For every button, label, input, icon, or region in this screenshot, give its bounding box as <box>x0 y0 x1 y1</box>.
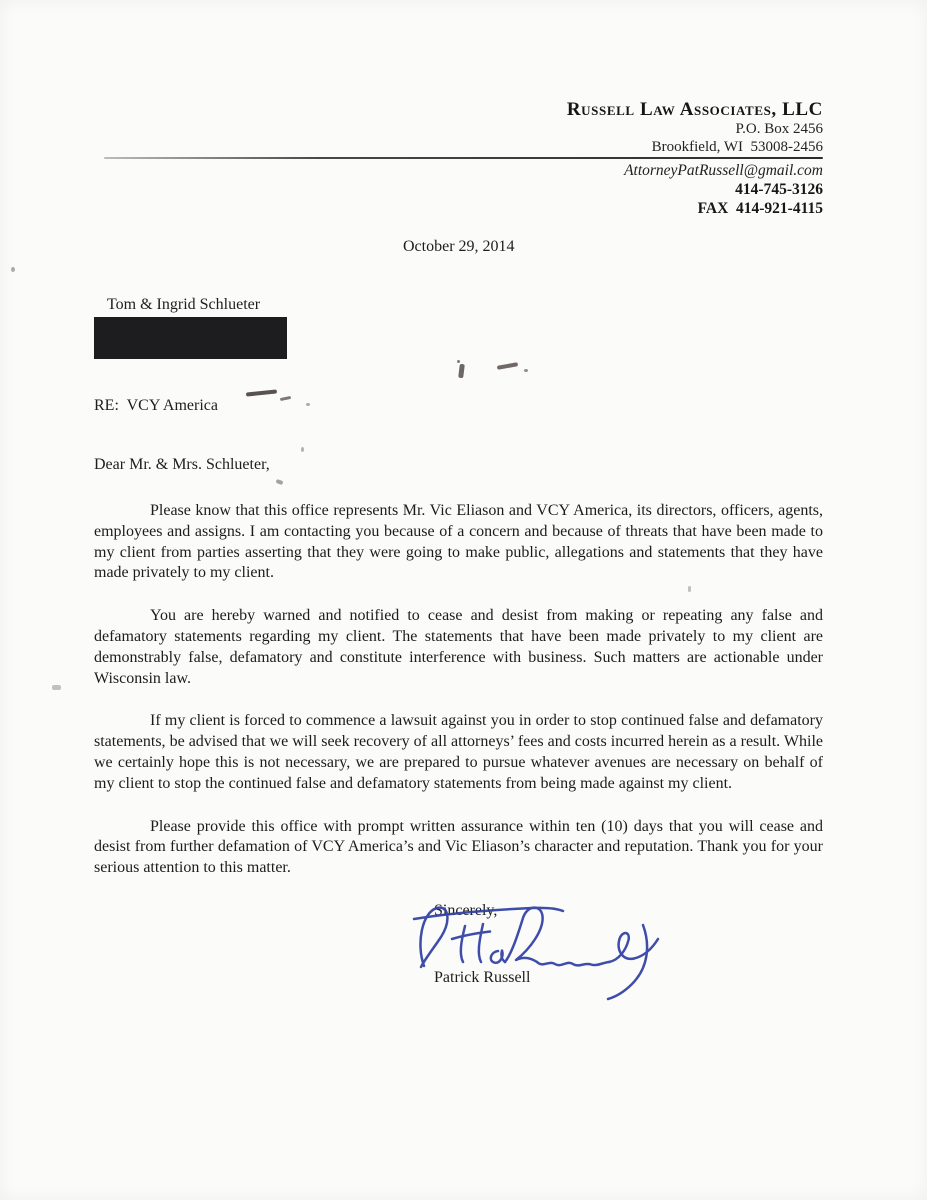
valediction: Sincerely, <box>434 901 823 920</box>
letterhead: Russell Law Associates, LLC P.O. Box 245… <box>94 100 823 218</box>
letterhead-city-state-zip: Brookfield, WI 53008-2456 <box>94 138 823 156</box>
scan-artifact <box>11 267 15 272</box>
letterhead-email: AttorneyPatRussell@gmail.com <box>94 161 823 180</box>
salutation: Dear Mr. & Mrs. Schlueter, <box>94 455 823 474</box>
paragraph-2: You are hereby warned and notified to ce… <box>94 606 823 689</box>
paragraph-4: Please provide this office with prompt w… <box>94 817 823 879</box>
firm-name: Russell Law Associates, LLC <box>94 100 823 120</box>
letterhead-po-box: P.O. Box 2456 <box>94 120 823 138</box>
scan-artifact <box>52 685 61 690</box>
letterhead-divider <box>104 157 823 159</box>
letter-content: Russell Law Associates, LLC P.O. Box 245… <box>94 0 823 987</box>
letter-body: Please know that this office represents … <box>94 501 823 879</box>
letterhead-phone: 414-745-3126 <box>94 180 823 199</box>
scanned-letter-page: Russell Law Associates, LLC P.O. Box 245… <box>0 0 927 1200</box>
closing-block: Sincerely, Patri <box>94 901 823 987</box>
redacted-address-bar <box>94 317 287 359</box>
letter-date: October 29, 2014 <box>403 237 823 256</box>
paragraph-1: Please know that this office represents … <box>94 501 823 584</box>
paragraph-3: If my client is forced to commence a law… <box>94 711 823 794</box>
recipient-name: Tom & Ingrid Schlueter <box>107 295 823 314</box>
subject-line: RE: VCY America <box>94 396 823 415</box>
letterhead-fax: FAX 414-921-4115 <box>94 199 823 218</box>
signer-name: Patrick Russell <box>434 968 823 987</box>
